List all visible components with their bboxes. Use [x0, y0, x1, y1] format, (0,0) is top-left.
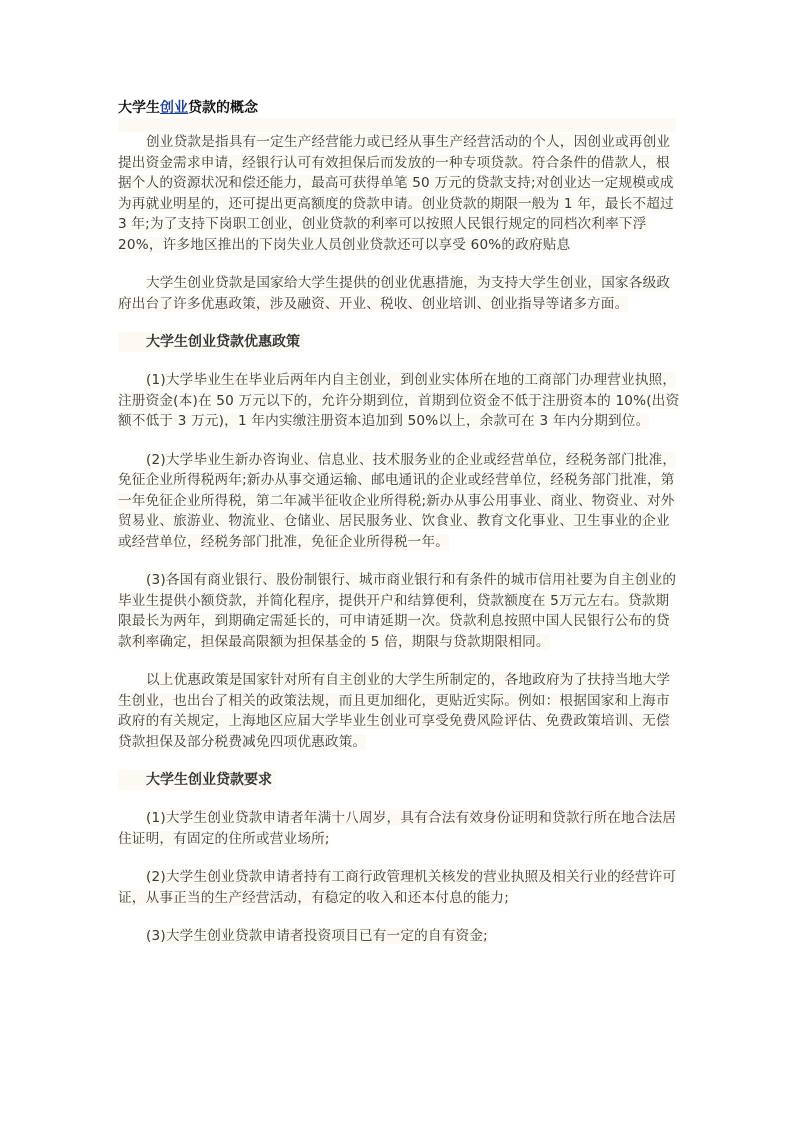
- intro-paragraph-2: 大学生创业贷款是国家给大学生提供的创业优惠措施，为支持大学生创业，国家各级政府出…: [118, 273, 680, 314]
- title-prefix: 大学生: [118, 100, 160, 116]
- section-heading-requirements: 大学生创业贷款要求: [118, 770, 680, 790]
- requirement-item-3: (3)大学生创业贷款申请者投资项目已有一定的自有资金;: [118, 926, 680, 947]
- requirement-item-1: (1)大学生创业贷款申请者年满十八周岁，具有合法有效身份证明和贷款行所在地合法居…: [118, 808, 680, 849]
- title-spacer: [118, 118, 676, 132]
- page-title: 大学生创业贷款的概念: [118, 98, 680, 118]
- title-suffix: 贷款的概念: [188, 100, 258, 116]
- policy-item-1: (1)大学毕业生在毕业后两年内自主创业，到创业实体所在地的工商部门办理营业执照，…: [118, 370, 680, 432]
- requirement-item-2: (2)大学生创业贷款申请者持有工商行政管理机关核发的营业执照及相关行业的经营许可…: [118, 867, 680, 908]
- title-link-chuangye[interactable]: 创业: [160, 100, 188, 116]
- intro-paragraph-1: 创业贷款是指具有一定生产经营能力或已经从事生产经营活动的个人，因创业或再创业提出…: [118, 132, 680, 255]
- policy-item-2: (2)大学毕业生新办咨询业、信息业、技术服务业的企业或经营单位，经税务部门批准，…: [118, 450, 680, 553]
- policy-summary: 以上优惠政策是国家针对所有自主创业的大学生所制定的，各地政府为了扶持当地大学生创…: [118, 670, 680, 752]
- section-heading-policy: 大学生创业贷款优惠政策: [118, 332, 680, 352]
- document-page: 大学生创业贷款的概念 创业贷款是指具有一定生产经营能力或已经从事生产经营活动的个…: [118, 98, 680, 947]
- policy-item-3: (3)各国有商业银行、股份制银行、城市商业银行和有条件的城市信用社要为自主创业的…: [118, 570, 680, 652]
